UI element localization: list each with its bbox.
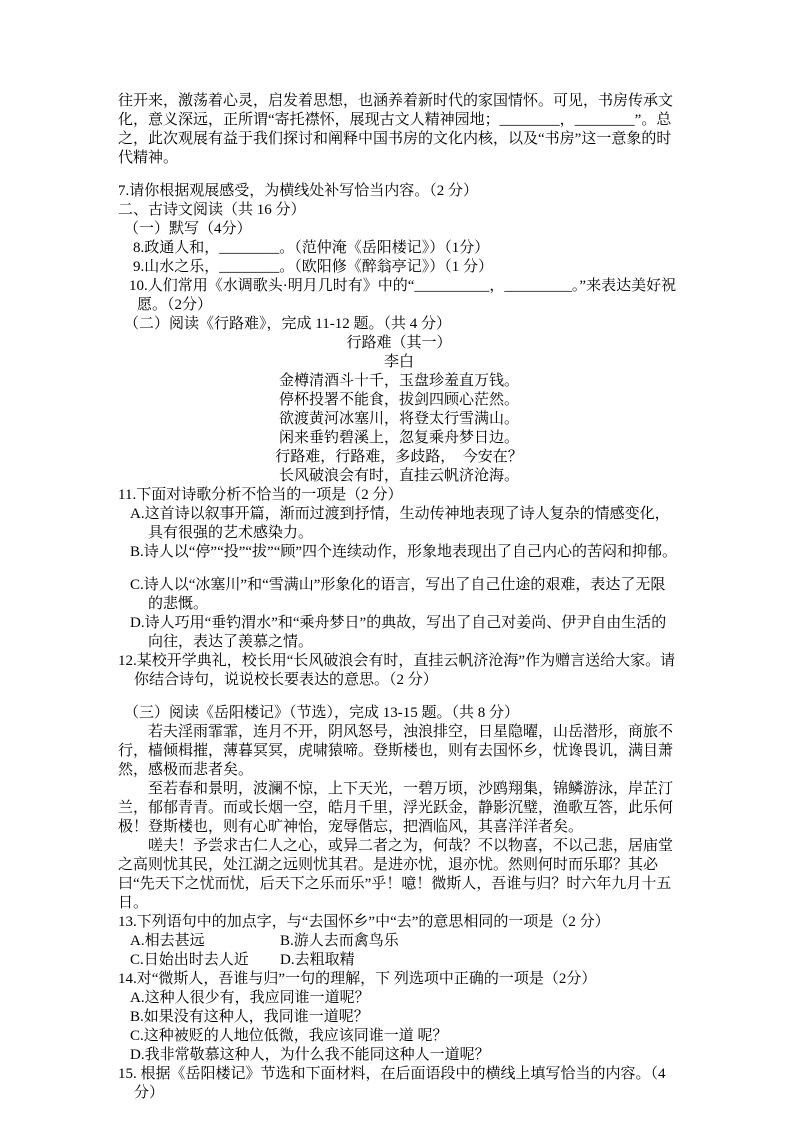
poem-line: 行路难，行路难，多歧路， 今安在？ xyxy=(118,448,680,467)
q14-option-c: C.这种被贬的人地位低微，我应该同谁一道 呢？ xyxy=(118,1027,680,1046)
poem-line: 金樽清酒斗十千，玉盘珍羞直万钱。 xyxy=(118,372,680,391)
question-8: 8.政通人和，________。（范仲淹《岳阳楼记》）（1分） xyxy=(118,239,680,258)
q13-option-a: A.相去甚远 xyxy=(130,932,280,951)
q11-option-c: C.诗人以“冰塞川”和“雪满山”形象化的语言，写出了自己仕途的艰难，表达了无限的… xyxy=(118,576,680,614)
q11-option-a: A.这首诗以叙事开篇，渐而过渡到抒情，生动传神地表现了诗人复杂的情感变化，具有很… xyxy=(118,505,680,543)
question-15: 15. 根据《岳阳楼记》节选和下面材料，在后面语段中的横线上填写恰当的内容。（4… xyxy=(118,1065,680,1103)
q13-option-c: C.日始出时去人近 xyxy=(130,951,280,970)
part-2-heading: （二）阅读《行路难》，完成 11-12 题。（共 4 分） xyxy=(118,315,680,334)
blank-line xyxy=(118,168,680,182)
question-13: 13.下列语句中的加点字，与“去国怀乡”中“去”的意思相同的一项是（2 分） xyxy=(118,913,680,932)
q14-option-d: D.我非常敬慕这种人，为什么我不能同这种人一道呢？ xyxy=(118,1046,680,1065)
poem-line: 长风破浪会有时，直挂云帆济沧海。 xyxy=(118,467,680,486)
blank-line xyxy=(118,562,680,576)
poem-title: 行路难（其一） xyxy=(118,334,680,353)
exam-page: 往开来，激荡着心灵，启发着思想，也涵养着新时代的家国情怀。可见，书房传承文化，意… xyxy=(0,0,794,1123)
q13-options-row-1: A.相去甚远B.游人去而禽鸟乐 xyxy=(118,932,680,951)
passage-paragraph-1: 若夫淫雨霏霏，连月不开，阴风怒号，浊浪排空，日星隐曜，山岳潜形，商旅不行，樯倾楫… xyxy=(118,723,680,780)
question-11: 11.下面对诗歌分析不恰当的一项是（2 分） xyxy=(118,486,680,505)
question-12: 12.某校开学典礼，校长用“长风破浪会有时，直挂云帆济沧海”作为赠言送给大家。请… xyxy=(118,652,680,690)
section-2-heading: 二、古诗文阅读（共 16 分） xyxy=(118,201,680,220)
q11-option-b: B.诗人以“停”“投”“拔”“顾”四个连续动作，形象地表现出了自己内心的苦闷和抑… xyxy=(118,543,680,562)
part-1-heading: （一）默写（4分） xyxy=(118,220,680,239)
q13-option-d: D.去粗取精 xyxy=(280,952,355,968)
question-10: 10.人们常用《水调歌头·明月几时有》中的“__________，_______… xyxy=(118,277,680,315)
poem-line: 欲渡黄河冰塞川，将登太行雪满山。 xyxy=(118,410,680,429)
part-3-heading: （三）阅读《岳阳楼记》（节选），完成 13-15 题。（共 8 分） xyxy=(118,704,680,723)
question-9: 9.山水之乐，________。（欧阳修《醉翁亭记》）（1 分） xyxy=(118,258,680,277)
intro-paragraph: 往开来，激荡着心灵，启发着思想，也涵养着新时代的家国情怀。可见，书房传承文化，意… xyxy=(118,92,680,168)
poem-line: 闲来垂钓碧溪上，忽复乘舟梦日边。 xyxy=(118,429,680,448)
blank-line xyxy=(118,690,680,704)
passage-paragraph-2: 至若春和景明，波澜不惊，上下天光，一碧万顷，沙鸥翔集，锦鳞游泳，岸芷汀兰，郁郁青… xyxy=(118,780,680,837)
poem-author: 李白 xyxy=(118,353,680,372)
question-14: 14.对“微斯人，吾谁与归”一句的理解，下 列选项中正确的一项是（2分） xyxy=(118,970,680,989)
passage-paragraph-3: 嗟夫！予尝求古仁人之心，或异二者之为，何哉？不以物喜，不以己悲，居庙堂之高则忧其… xyxy=(118,837,680,913)
q14-option-a: A.这种人很少有，我应同谁一道呢？ xyxy=(118,989,680,1008)
q13-option-b: B.游人去而禽鸟乐 xyxy=(280,933,399,949)
q14-option-b: B.如果没有这种人，我同谁一道呢？ xyxy=(118,1008,680,1027)
q11-option-d: D.诗人巧用“垂钓渭水”和“乘舟梦日”的典故，写出了自己对姜尚、伊尹自由生活的向… xyxy=(118,614,680,652)
question-7: 7.请你根据观展感受，为横线处补写恰当内容。（2 分） xyxy=(118,182,680,201)
q13-options-row-2: C.日始出时去人近D.去粗取精 xyxy=(118,951,680,970)
poem-line: 停杯投署不能食，拔剑四顾心茫然。 xyxy=(118,391,680,410)
